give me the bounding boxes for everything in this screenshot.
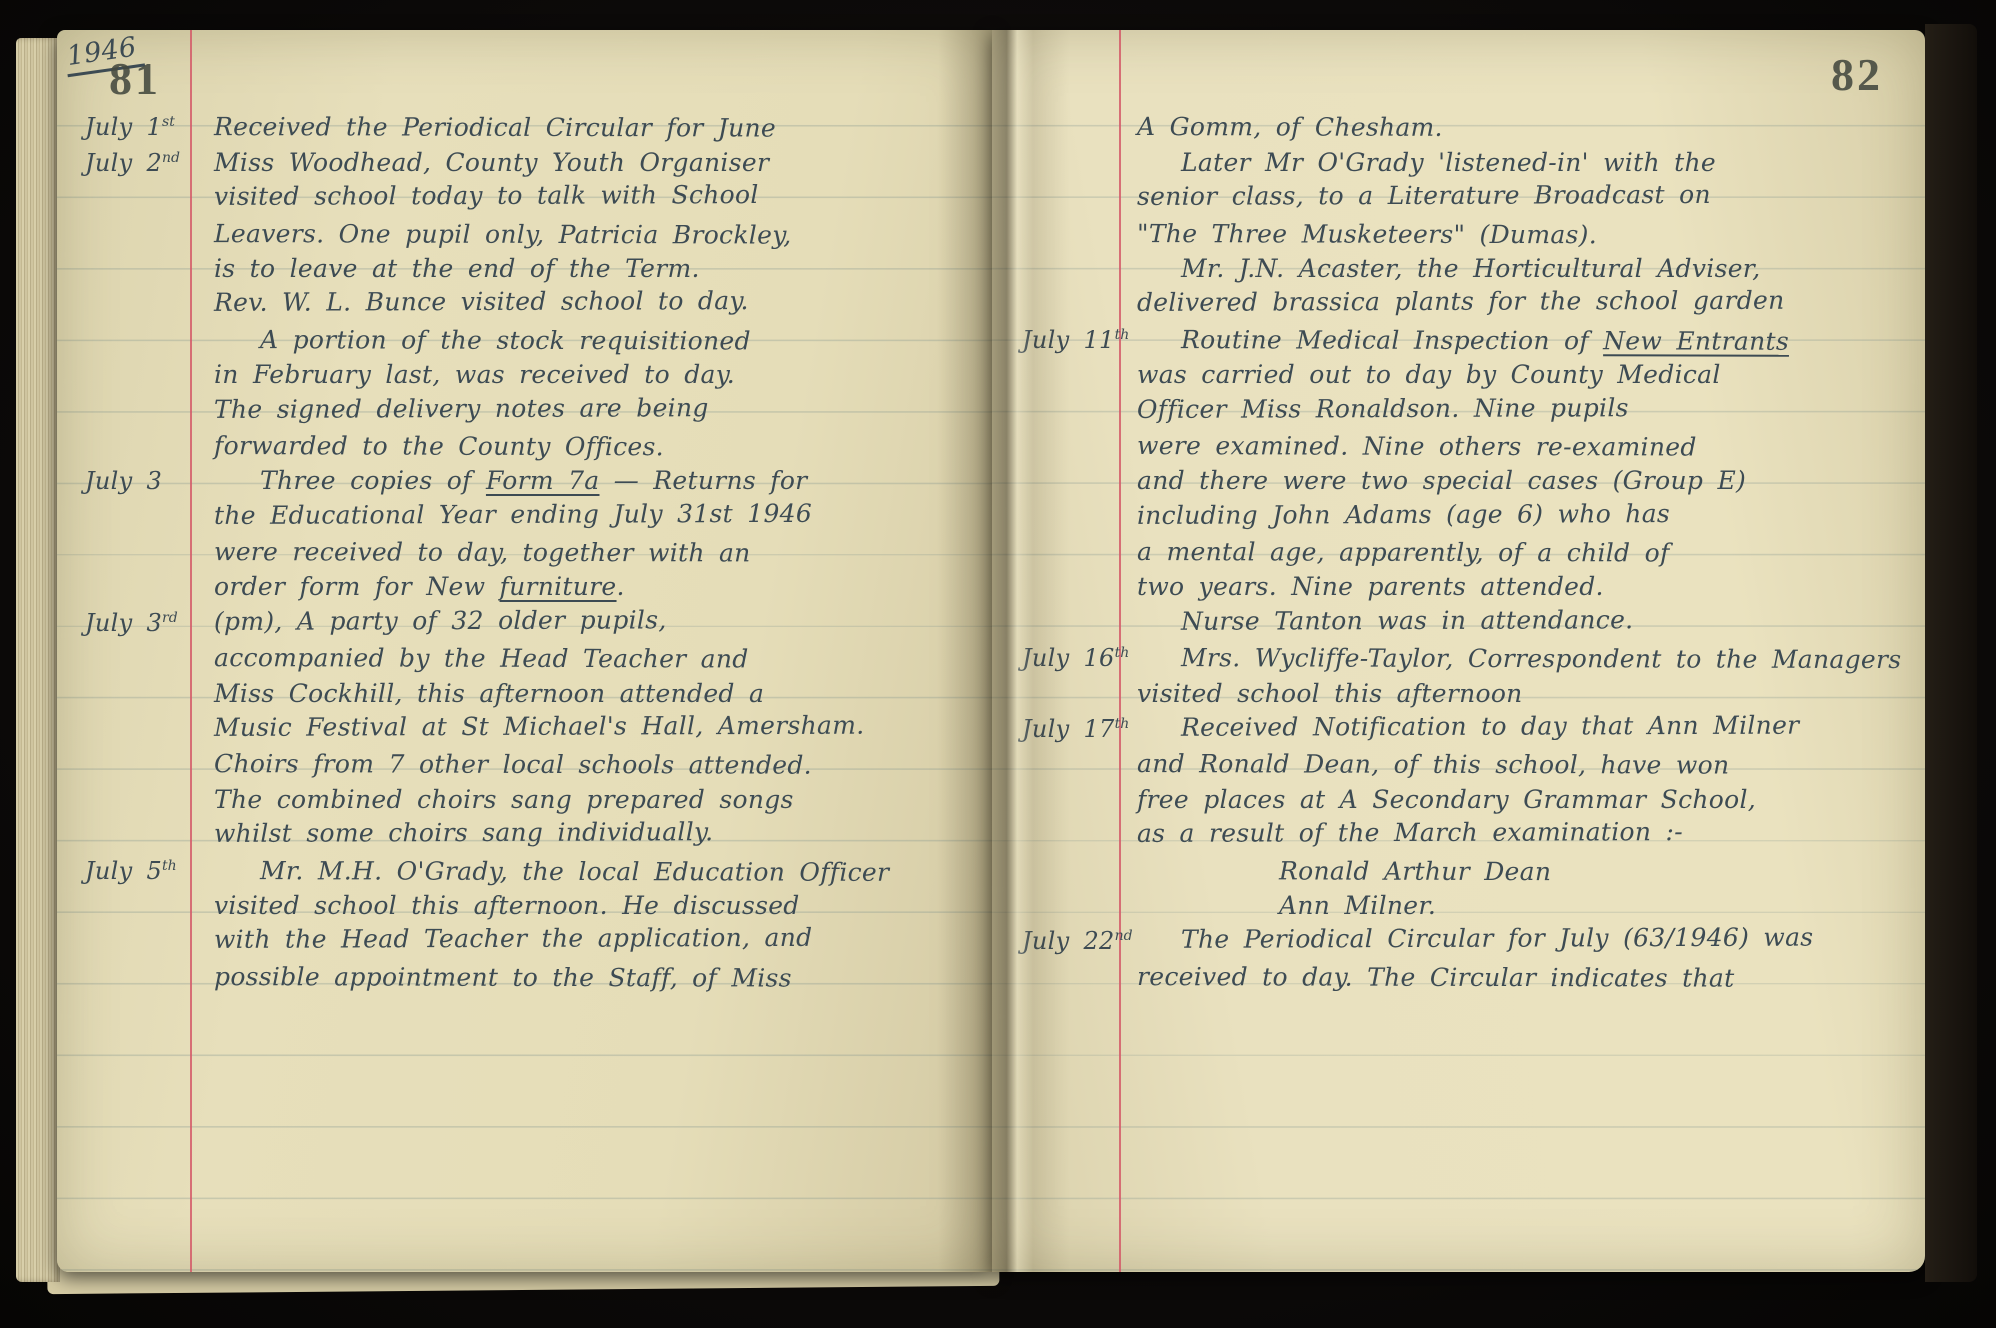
entry-text: Officer Miss Ronaldson. Nine pupils: [1119, 392, 1915, 424]
entry-text: two years. Nine parents attended.: [1119, 572, 1915, 601]
entry-text: free places at A Secondary Grammar Schoo…: [1119, 785, 1915, 814]
entry-line: "The Three Musketeers" (Dumas).: [992, 212, 1915, 247]
entry-text: and Ronald Dean, of this school, have wo…: [1119, 749, 1915, 780]
entry-text: Three copies of Form 7a — Returns for: [190, 466, 982, 495]
entry-text: delivered brassica plants for the school…: [1119, 286, 1915, 318]
entry-text: and there were two special cases (Group …: [1119, 466, 1915, 495]
book-cover-edge: [1925, 24, 1977, 1282]
entry-date: July 5th: [57, 857, 190, 885]
entry-line: A portion of the stock requisitioned: [57, 318, 982, 353]
entry-line: Ann Milner.: [992, 885, 1915, 920]
entry-line: Mr. J.N. Acaster, the Horticultural Advi…: [992, 248, 1915, 283]
entry-text: The combined choirs sang prepared songs: [190, 785, 982, 814]
entry-line: visited school this afternoon: [992, 672, 1915, 707]
entry-line: Rev. W. L. Bunce visited school to day.: [57, 283, 982, 318]
entry-text: accompanied by the Head Teacher and: [190, 643, 982, 674]
entry-line: visited school today to talk with School: [57, 177, 982, 212]
entry-line: July 22ndThe Periodical Circular for Jul…: [992, 920, 1915, 955]
entry-text: Mr. M.H. O'Grady, the local Education Of…: [190, 856, 982, 887]
entry-line: visited school this afternoon. He discus…: [57, 885, 982, 920]
entry-text: were examined. Nine others re-examined: [1119, 431, 1915, 462]
entry-line: The signed delivery notes are being: [57, 389, 982, 424]
entry-text: Choirs from 7 other local schools attend…: [190, 749, 982, 780]
entry-text: The Periodical Circular for July (63/194…: [1119, 923, 1915, 955]
entry-text: "The Three Musketeers" (Dumas).: [1119, 219, 1915, 250]
entry-line: whilst some choirs sang individually.: [57, 814, 982, 849]
entry-date: July 3rd: [57, 609, 190, 637]
entry-line: two years. Nine parents attended.: [992, 566, 1915, 601]
entry-text: order form for New furniture.: [190, 572, 982, 601]
entry-text: possible appointment to the Staff, of Mi…: [190, 962, 982, 993]
entry-line: were examined. Nine others re-examined: [992, 425, 1915, 460]
entry-text: Leavers. One pupil only, Patricia Brockl…: [190, 219, 982, 250]
entry-text: Received the Periodical Circular for Jun…: [190, 112, 982, 143]
entry-text: visited school this afternoon. He discus…: [190, 891, 982, 920]
entry-text: visited school today to talk with School: [190, 179, 982, 211]
entry-line: in February last, was received to day.: [57, 354, 982, 389]
entry-text: Mr. J.N. Acaster, the Horticultural Advi…: [1119, 254, 1915, 283]
entry-line: delivered brassica plants for the school…: [992, 283, 1915, 318]
entry-line: a mental age, apparently, of a child of: [992, 531, 1915, 566]
entry-line: Choirs from 7 other local schools attend…: [57, 743, 982, 778]
entry-line: July 17thReceived Notification to day th…: [992, 708, 1915, 743]
page-edge-stack: [16, 38, 60, 1282]
page-number-stamp: 82: [1831, 48, 1883, 101]
entry-line: free places at A Secondary Grammar Schoo…: [992, 778, 1915, 813]
entry-text: Miss Cockhill, this afternoon attended a: [190, 679, 982, 708]
entry-date: July 16th: [992, 644, 1119, 672]
entry-line: forwarded to the County Offices.: [57, 425, 982, 460]
entry-line: possible appointment to the Staff, of Mi…: [57, 955, 982, 990]
entry-lines: A Gomm, of Chesham.Later Mr O'Grady 'lis…: [992, 106, 1915, 1264]
entry-date: July 17th: [992, 715, 1119, 743]
entry-line: July 2ndMiss Woodhead, County Youth Orga…: [57, 141, 982, 176]
entry-text: a mental age, apparently, of a child of: [1119, 537, 1915, 568]
entry-date: July 11th: [992, 326, 1119, 354]
entry-line: senior class, to a Literature Broadcast …: [992, 177, 1915, 212]
entry-line: July 11thRoutine Medical Inspection of N…: [992, 318, 1915, 353]
entry-line: July 3rd(pm), A party of 32 older pupils…: [57, 601, 982, 636]
entry-text: Ann Milner.: [1119, 891, 1915, 920]
entry-line: accompanied by the Head Teacher and: [57, 637, 982, 672]
entry-line: were received to day, together with an: [57, 531, 982, 566]
entry-text: A portion of the stock requisitioned: [190, 325, 982, 356]
entry-text: is to leave at the end of the Term.: [190, 254, 982, 283]
entry-date: July 3: [57, 467, 190, 495]
entry-line: as a result of the March examination :-: [992, 814, 1915, 849]
entry-line: July 5thMr. M.H. O'Grady, the local Educ…: [57, 849, 982, 884]
logbook-photo: 1946 81 July 1stReceived the Periodical …: [0, 0, 1996, 1328]
entry-text: with the Head Teacher the application, a…: [190, 923, 982, 955]
entry-line: including John Adams (age 6) who has: [992, 495, 1915, 530]
entry-line: was carried out to day by County Medical: [992, 354, 1915, 389]
entry-line: July 1stReceived the Periodical Circular…: [57, 106, 982, 141]
entry-text: Routine Medical Inspection of New Entran…: [1119, 325, 1915, 356]
page-82: 82 A Gomm, of Chesham.Later Mr O'Grady '…: [992, 30, 1925, 1272]
entry-text: Received Notification to day that Ann Mi…: [1119, 710, 1915, 742]
page-81: 1946 81 July 1stReceived the Periodical …: [57, 30, 992, 1272]
entry-line: Ronald Arthur Dean: [992, 849, 1915, 884]
entry-line: July 3Three copies of Form 7a — Returns …: [57, 460, 982, 495]
entry-text: as a result of the March examination :-: [1119, 816, 1915, 848]
entry-line: and Ronald Dean, of this school, have wo…: [992, 743, 1915, 778]
entry-text: was carried out to day by County Medical: [1119, 360, 1915, 389]
entry-text: whilst some choirs sang individually.: [190, 816, 982, 848]
entry-date: July 2nd: [57, 149, 190, 177]
entry-date: July 22nd: [992, 927, 1119, 955]
entry-text: forwarded to the County Offices.: [190, 431, 982, 462]
entry-line: with the Head Teacher the application, a…: [57, 920, 982, 955]
entry-text: Miss Woodhead, County Youth Organiser: [190, 148, 982, 177]
entry-text: Ronald Arthur Dean: [1119, 856, 1915, 887]
entry-line: Miss Cockhill, this afternoon attended a: [57, 672, 982, 707]
page-number-stamp: 81: [109, 52, 161, 105]
entry-line: and there were two special cases (Group …: [992, 460, 1915, 495]
entry-lines: July 1stReceived the Periodical Circular…: [57, 106, 982, 1264]
entry-text: in February last, was received to day.: [190, 360, 982, 389]
entry-line: received to day. The Circular indicates …: [992, 955, 1915, 990]
entry-line: Music Festival at St Michael's Hall, Ame…: [57, 708, 982, 743]
entry-line: the Educational Year ending July 31st 19…: [57, 495, 982, 530]
entry-text: A Gomm, of Chesham.: [1119, 112, 1915, 143]
entry-text: senior class, to a Literature Broadcast …: [1119, 179, 1915, 211]
entry-text: Mrs. Wycliffe-Taylor, Correspondent to t…: [1119, 643, 1915, 674]
entry-text: were received to day, together with an: [190, 537, 982, 568]
entry-line: Leavers. One pupil only, Patricia Brockl…: [57, 212, 982, 247]
entry-text: (pm), A party of 32 older pupils,: [190, 604, 982, 636]
entry-date: July 1st: [57, 113, 190, 141]
entry-line: July 16thMrs. Wycliffe-Taylor, Correspon…: [992, 637, 1915, 672]
entry-text: Later Mr O'Grady 'listened-in' with the: [1119, 148, 1915, 177]
entry-text: visited school this afternoon: [1119, 679, 1915, 708]
entry-text: Music Festival at St Michael's Hall, Ame…: [190, 710, 982, 742]
entry-line: A Gomm, of Chesham.: [992, 106, 1915, 141]
entry-line: Officer Miss Ronaldson. Nine pupils: [992, 389, 1915, 424]
entry-line: Later Mr O'Grady 'listened-in' with the: [992, 141, 1915, 176]
entry-text: the Educational Year ending July 31st 19…: [190, 498, 982, 530]
entry-text: received to day. The Circular indicates …: [1119, 962, 1915, 993]
entry-line: Nurse Tanton was in attendance.: [992, 601, 1915, 636]
entry-text: The signed delivery notes are being: [190, 392, 982, 424]
entry-line: is to leave at the end of the Term.: [57, 248, 982, 283]
entry-text: Nurse Tanton was in attendance.: [1119, 604, 1915, 636]
entry-text: Rev. W. L. Bunce visited school to day.: [190, 286, 982, 318]
entry-line: order form for New furniture.: [57, 566, 982, 601]
entry-line: The combined choirs sang prepared songs: [57, 778, 982, 813]
entry-text: including John Adams (age 6) who has: [1119, 498, 1915, 530]
